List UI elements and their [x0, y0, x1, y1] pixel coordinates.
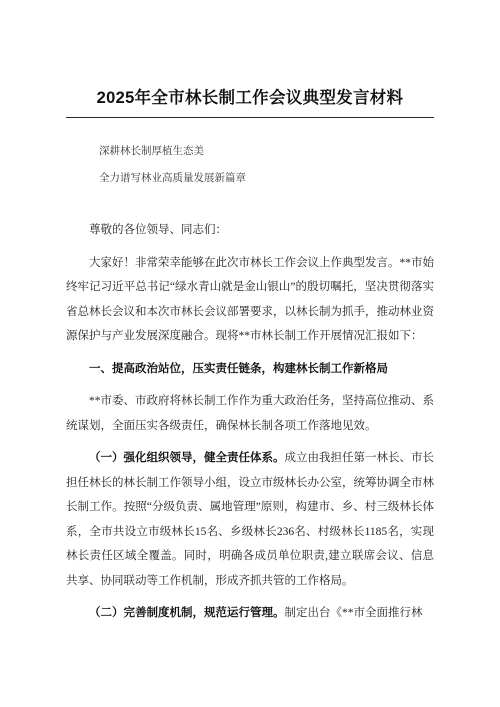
paragraph-section-1-intro: **市委、市政府将林长制工作作为重大政治任务，坚持高位推动、系统谋划，全面压实各…	[66, 389, 434, 438]
subtitle-line-2: 全力谱写林业高质量发展新篇章	[99, 165, 434, 192]
subtitle-block: 深耕林长制厚植生态美 全力谱写林业高质量发展新篇章	[66, 138, 434, 192]
item-1-text: 成立由我担任第一林长、市长担任林长的林长制工作领导小组，设立市级林长办公室，统筹…	[66, 452, 434, 587]
title-rule	[66, 117, 434, 118]
section-1-heading: 一、提高政治站位，压实责任链条，构建林长制工作新格局	[66, 357, 434, 382]
document-page: 2025年全市林长制工作会议典型发言材料 深耕林长制厚植生态美 全力谱写林业高质…	[0, 0, 500, 707]
salutation: 尊敬的各位领导、同志们：	[66, 218, 434, 243]
paragraph-opening: 大家好！非常荣幸能够在此次市林长工作会议上作典型发言。**市始终牢记习近平总书记…	[66, 251, 434, 349]
paragraph-item-1: （一）强化组织领导，健全责任体系。成立由我担任第一林长、市长担任林长的林长制工作…	[66, 446, 434, 593]
item-2-heading: （二）完善制度机制，规范运行管理。	[89, 607, 285, 619]
document-body: 尊敬的各位领导、同志们： 大家好！非常荣幸能够在此次市林长工作会议上作典型发言。…	[66, 218, 434, 626]
item-2-text: 制定出台《**市全面推行林	[285, 607, 423, 619]
document-title: 2025年全市林长制工作会议典型发言材料	[66, 86, 434, 117]
paragraph-item-2: （二）完善制度机制，规范运行管理。制定出台《**市全面推行林	[66, 601, 434, 626]
subtitle-line-1: 深耕林长制厚植生态美	[99, 138, 434, 165]
document-content: 2025年全市林长制工作会议典型发言材料 深耕林长制厚植生态美 全力谱写林业高质…	[66, 86, 434, 634]
item-1-heading: （一）强化组织领导，健全责任体系。	[89, 452, 285, 464]
